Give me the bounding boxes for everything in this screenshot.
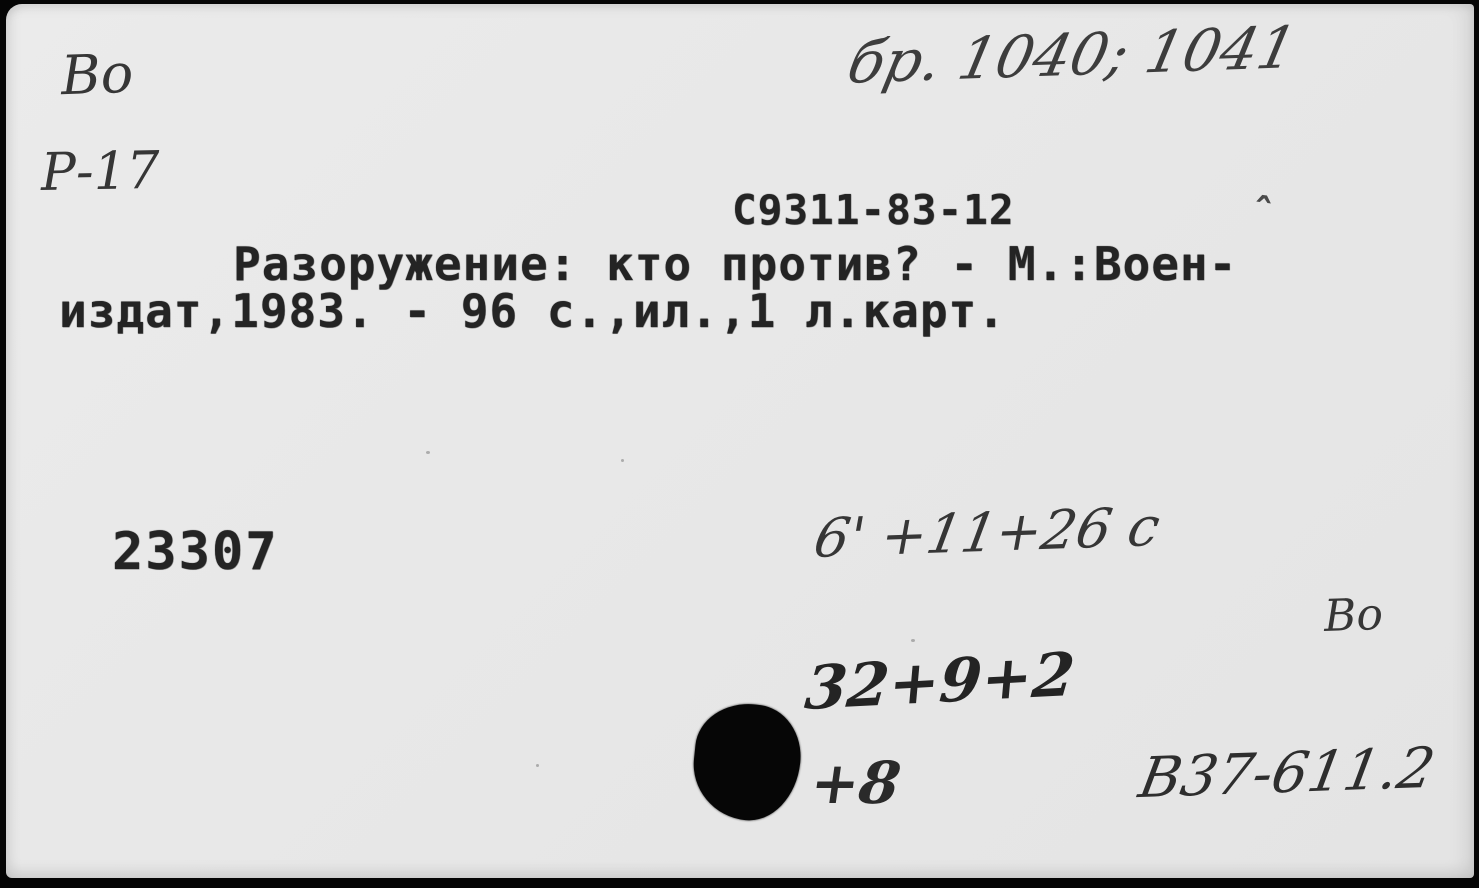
handwritten-brochure-numbers: бр. 1040; 1041 bbox=[843, 18, 1302, 91]
scan-speckle bbox=[426, 451, 430, 454]
typed-description-line-1: Разоружение: кто против? - М.:Воен- bbox=[233, 241, 1237, 287]
ink-blob-stamp bbox=[688, 699, 806, 825]
handwritten-shelf-code: Р-17 bbox=[41, 145, 161, 199]
handwritten-copy-count-note: 6' +11+26 с bbox=[810, 500, 1164, 566]
scan-speckle bbox=[536, 764, 539, 767]
scan-speckle bbox=[911, 639, 915, 642]
handwritten-classification-code: В37-611.2 bbox=[1135, 741, 1439, 807]
scan-speckle bbox=[621, 459, 624, 462]
handwritten-department-code-2: Во bbox=[1323, 593, 1383, 639]
handwritten-plus-note: +8 bbox=[807, 754, 904, 812]
typed-accession-number: 23307 bbox=[112, 526, 279, 578]
typed-description-line-2: издат,1983. - 96 с.,ил.,1 л.карт. bbox=[59, 288, 1006, 334]
typed-catalog-index: С9311-83-12 bbox=[732, 190, 1015, 231]
handwritten-sum-note: 32+9+2 bbox=[803, 645, 1077, 719]
handwritten-department-code: Во bbox=[60, 47, 134, 103]
pencil-tick-mark: ˆ bbox=[1249, 193, 1274, 235]
catalog-card-paper: Во Р-17 бр. 1040; 1041 С9311-83-12 ˆ Раз… bbox=[6, 4, 1474, 878]
catalog-card-scan: Во Р-17 бр. 1040; 1041 С9311-83-12 ˆ Раз… bbox=[0, 0, 1479, 888]
